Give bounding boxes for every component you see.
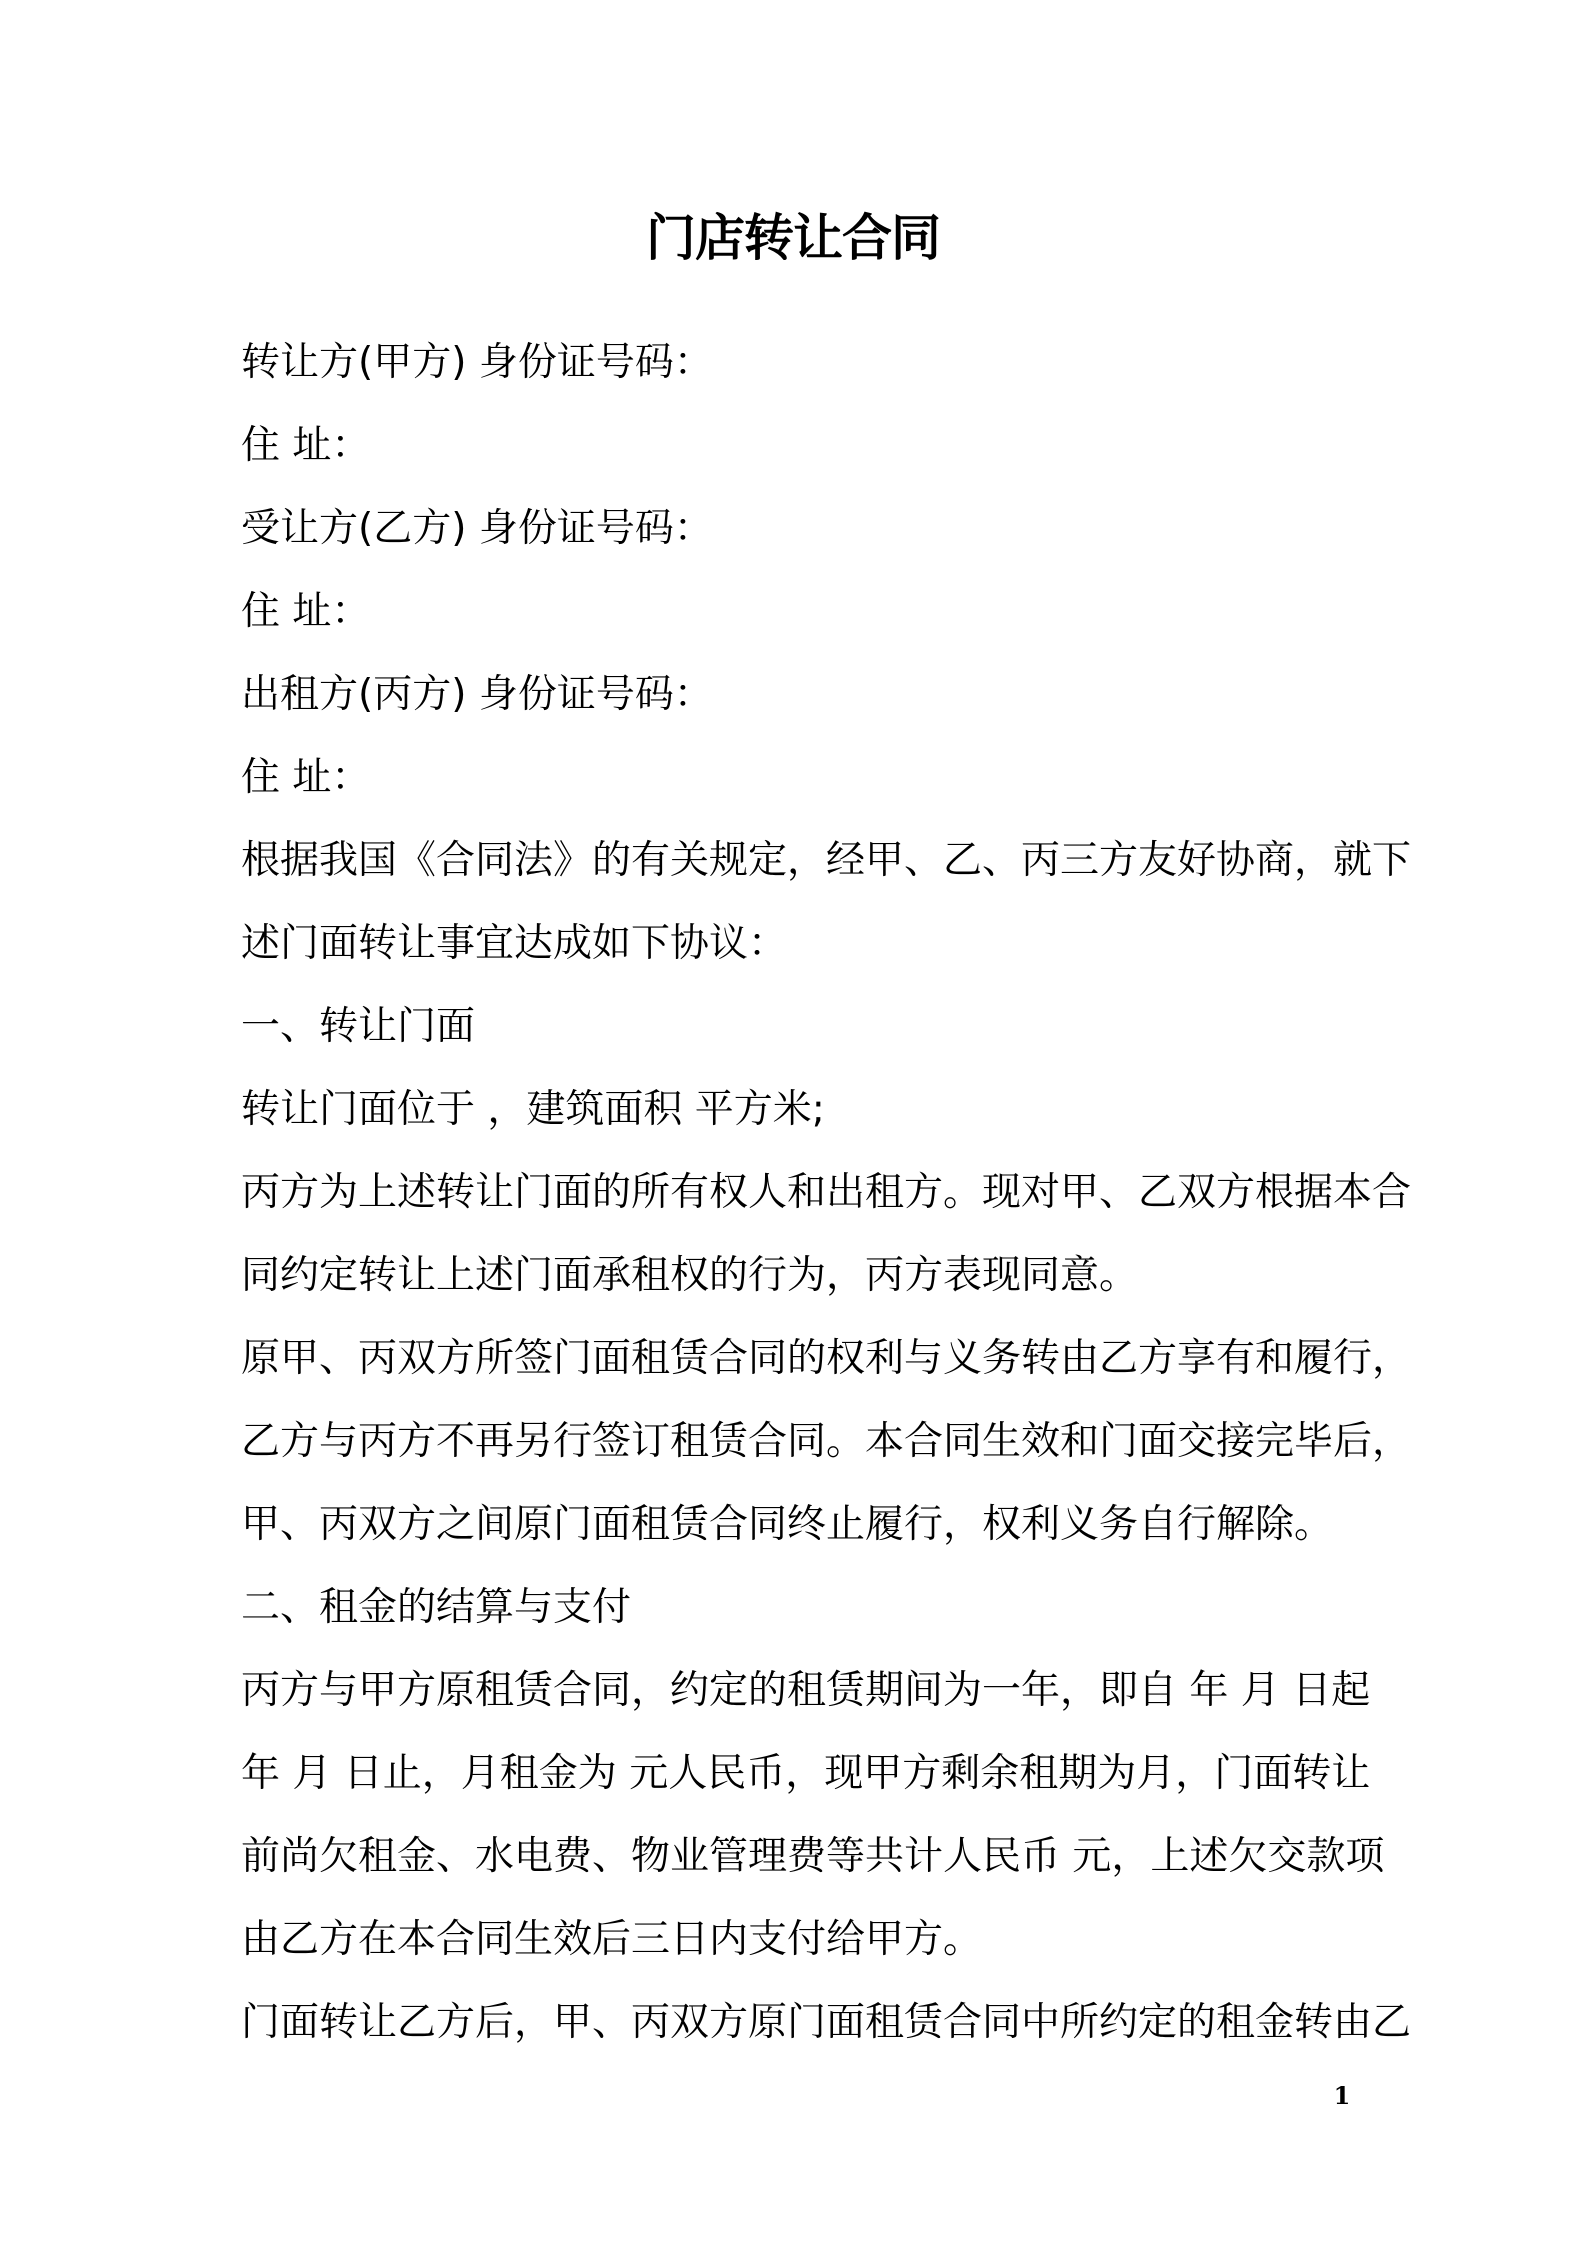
- paragraph-line: 转让门面位于 ，建筑面积 平方米;: [241, 1068, 1356, 1151]
- document-body: 转让方(甲方) 身份证号码： 住 址： 受让方(乙方) 身份证号码： 住 址： …: [241, 321, 1356, 2064]
- paragraph-line: 由乙方在本合同生效后三日内支付给甲方。: [241, 1898, 1356, 1981]
- party-b-id-line: 受让方(乙方) 身份证号码：: [241, 487, 1356, 570]
- paragraph-line: 丙方为上述转让门面的所有权人和出租方。现对甲、乙双方根据本合: [241, 1151, 1356, 1234]
- section-heading-2: 二、租金的结算与支付: [241, 1566, 1356, 1649]
- party-c-id-line: 出租方(丙方) 身份证号码：: [241, 653, 1356, 736]
- party-a-address-line: 住 址：: [241, 404, 1356, 487]
- paragraph-line: 门面转让乙方后，甲、丙双方原门面租赁合同中所约定的租金转由乙: [241, 1981, 1356, 2064]
- paragraph-line: 原甲、丙双方所签门面租赁合同的权利与义务转由乙方享有和履行，: [241, 1317, 1356, 1400]
- party-c-address-line: 住 址：: [241, 736, 1356, 819]
- paragraph-line: 前尚欠租金、水电费、物业管理费等共计人民币 元，上述欠交款项: [241, 1815, 1356, 1898]
- page-number: 1: [1330, 2078, 1354, 2114]
- party-b-address-line: 住 址：: [241, 570, 1356, 653]
- paragraph-line: 同约定转让上述门面承租权的行为，丙方表现同意。: [241, 1234, 1356, 1317]
- party-a-id-line: 转让方(甲方) 身份证号码：: [241, 321, 1356, 404]
- document-title: 门店转让合同: [0, 206, 1586, 270]
- preamble-line-1: 根据我国《合同法》的有关规定，经甲、乙、丙三方友好协商，就下: [241, 819, 1356, 902]
- paragraph-line: 乙方与丙方不再另行签订租赁合同。本合同生效和门面交接完毕后，: [241, 1400, 1356, 1483]
- document-page: 门店转让合同 转让方(甲方) 身份证号码： 住 址： 受让方(乙方) 身份证号码…: [0, 0, 1586, 2244]
- preamble-line-2: 述门面转让事宜达成如下协议：: [241, 902, 1356, 985]
- paragraph-line: 甲、丙双方之间原门面租赁合同终止履行，权利义务自行解除。: [241, 1483, 1356, 1566]
- paragraph-line: 年 月 日止，月租金为 元人民币，现甲方剩余租期为月，门面转让: [241, 1732, 1356, 1815]
- section-heading-1: 一、转让门面: [241, 985, 1356, 1068]
- paragraph-line: 丙方与甲方原租赁合同，约定的租赁期间为一年，即自 年 月 日起: [241, 1649, 1356, 1732]
